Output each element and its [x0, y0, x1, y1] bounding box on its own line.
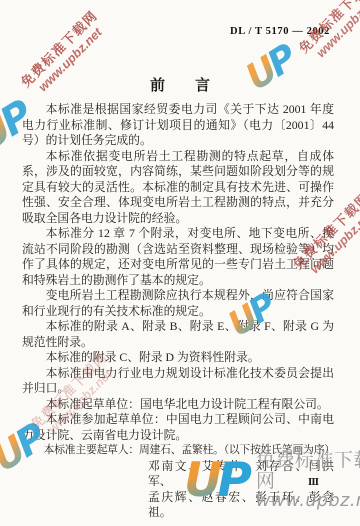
- logo-letter-u: U: [0, 105, 20, 161]
- main-drafters-paragraph: 本标准主要起草人：周建石、孟繁柱。（以下按姓氏笔画为序）: [22, 443, 334, 459]
- page-title: 前 言: [0, 74, 360, 95]
- foreword-paragraph: 本标准是根据国家经贸委电力司《关于下达 2001 年度电力行业标准制、修订计划项…: [22, 102, 334, 149]
- foreword-paragraph: 本标准起草单位：国电华北电力设计院工程有限公司。: [22, 397, 334, 413]
- foreword-paragraph: 本标准的附录 C、附录 D 为资料性附录。: [22, 350, 334, 366]
- foreword-paragraph: 本标准的附录 A、附录 B、附录 E、附录 F、附录 G 为规范性附录。: [22, 319, 334, 350]
- foreword-paragraph: 本标准由电力行业电力规划设计标准化技术委员会提出并归口。: [22, 366, 334, 397]
- drafters-names-line: 孟庆辉、赵春宏、彭玉环、彭念祖。: [148, 490, 334, 521]
- foreword-paragraph: 本标准参加起草单位：中国电力工程顾问公司、中南电力设计院、云南省电力设计院。: [22, 412, 334, 443]
- document-page: UP UP UP UP 免费标准下载网 www.upbz.net 免费标准下载网…: [0, 0, 360, 526]
- foreword-paragraph: 变电所岩土工程勘测除应执行本规程外，尚应符合国家和行业现行的有关技术标准的规定。: [22, 288, 334, 319]
- drafters-names-line: 邓南文、艾传井、刘存合、闫洪军、: [148, 459, 334, 490]
- foreword-paragraph: 本标准分 12 章 7 个附录，对变电所、地下变电所、换流站不同阶段的勘测（含选…: [22, 226, 334, 288]
- page-number: Ⅲ: [308, 477, 319, 488]
- doc-number: DL / T 5170 — 2002: [230, 26, 330, 37]
- foreword-paragraph: 本标准依据变电所岩土工程勘测的特点起草，自成体系，涉及的面较宽，内容简练，某些问…: [22, 149, 334, 227]
- foreword-body: 本标准是根据国家经贸委电力司《关于下达 2001 年度电力行业标准制、修订计划项…: [22, 102, 334, 521]
